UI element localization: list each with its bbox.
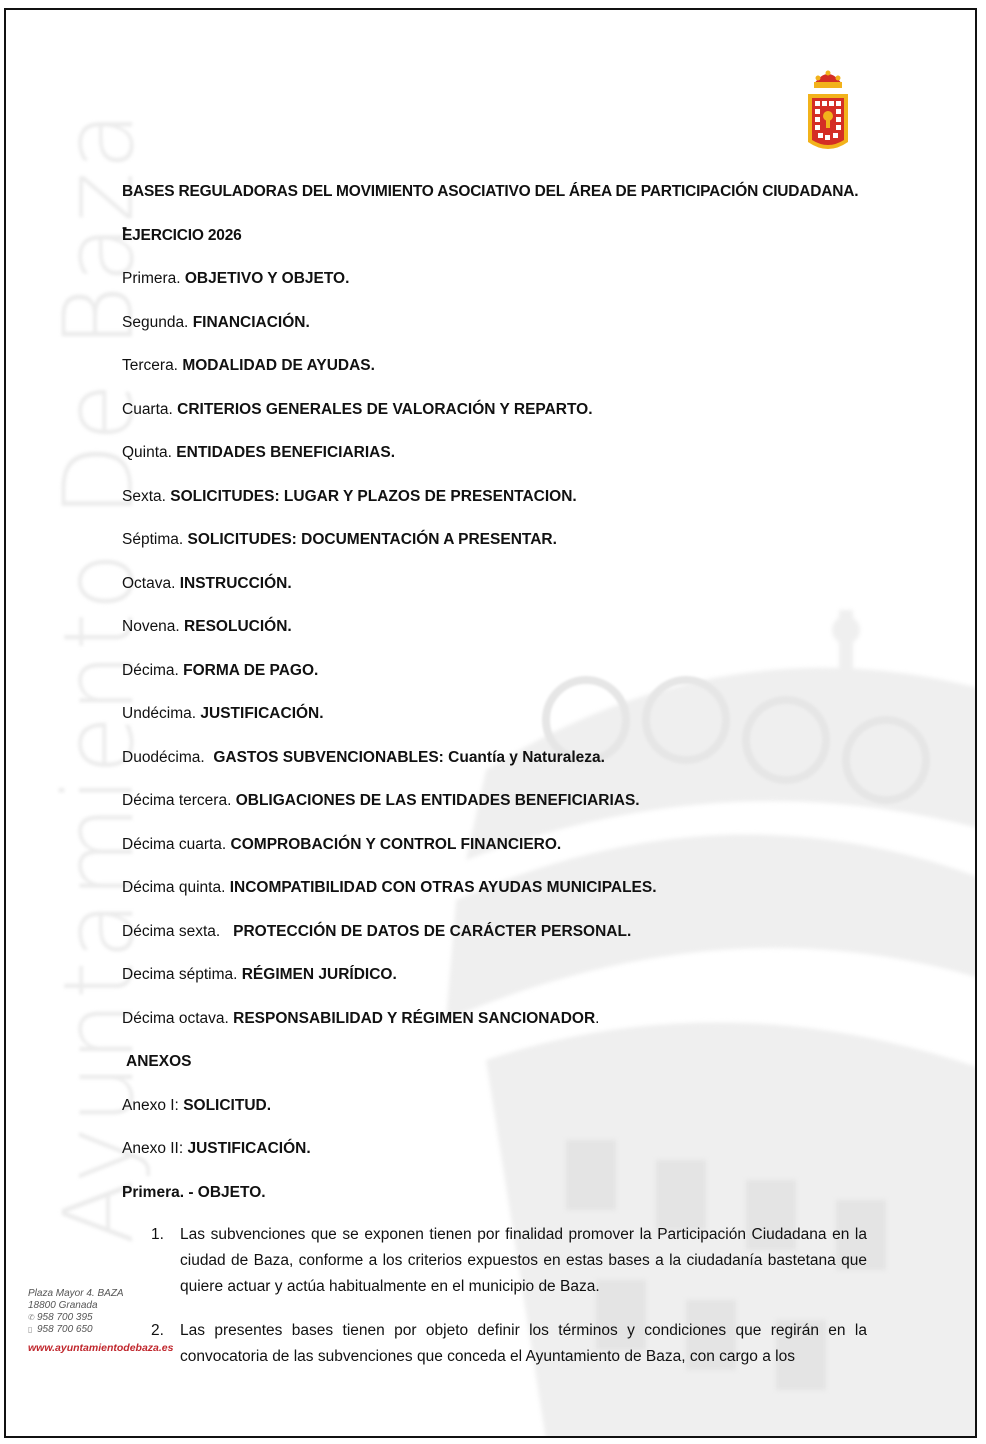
document-page: Ayuntamiento De Baza xyxy=(4,8,977,1438)
address-line1: Plaza Mayor 4. BAZA xyxy=(28,1288,173,1300)
item-value: COMPROBACIÓN Y CONTROL FINANCIERO. xyxy=(231,836,562,853)
item-label: Decima séptima. xyxy=(122,966,242,983)
numbered-paragraph: 2.Las presentes bases tienen por objeto … xyxy=(122,1318,867,1370)
section-heading: Primera. - OBJETO. xyxy=(122,1175,867,1218)
index-item: Décima sexta. PROTECCIÓN DE DATOS DE CAR… xyxy=(122,914,867,958)
website-link[interactable]: www.ayuntamientodebaza.es xyxy=(28,1342,173,1354)
item-value: OBLIGACIONES DE LAS ENTIDADES BENEFICIAR… xyxy=(236,792,640,809)
item-label: Quinta. xyxy=(122,444,176,461)
index-item: Cuarta. CRITERIOS GENERALES DE VALORACIÓ… xyxy=(122,392,867,436)
index-item: Tercera. MODALIDAD DE AYUDAS. xyxy=(122,348,867,392)
item-value: RÉGIMEN JURÍDICO. xyxy=(242,966,397,983)
item-label: Anexo II: xyxy=(122,1140,187,1157)
item-value: RESOLUCIÓN. xyxy=(184,618,292,635)
paragraph-number: 1. xyxy=(151,1222,164,1248)
index-item: Séptima. SOLICITUDES: DOCUMENTACIÓN A PR… xyxy=(122,522,867,566)
document-title-line2: EJERCICIO 2026 xyxy=(122,218,867,262)
item-value: RESPONSABILIDAD Y RÉGIMEN SANCIONADOR xyxy=(233,1010,595,1027)
item-label: Undécima. xyxy=(122,705,200,722)
index-item: Duodécima. GASTOS SUBVENCIONABLES: Cuant… xyxy=(122,740,867,784)
item-value: INCOMPATIBILIDAD CON OTRAS AYUDAS MUNICI… xyxy=(230,879,657,896)
item-value: SOLICITUDES: LUGAR Y PLAZOS DE PRESENTAC… xyxy=(170,488,576,505)
item-value: SOLICITUD. xyxy=(183,1097,271,1114)
document-title-line1: BASES REGULADORAS DEL MOVIMIENTO ASOCIAT… xyxy=(122,174,867,218)
document-content: BASES REGULADORAS DEL MOVIMIENTO ASOCIAT… xyxy=(122,174,867,1388)
item-label: Anexo I: xyxy=(122,1097,183,1114)
item-label: Cuarta. xyxy=(122,401,177,418)
item-value: ENTIDADES BENEFICIARIAS. xyxy=(176,444,395,461)
item-tail: . xyxy=(595,1010,599,1027)
index-item: Décima. FORMA DE PAGO. xyxy=(122,653,867,697)
numbered-paragraph: 1.Las subvenciones que se exponen tienen… xyxy=(122,1222,867,1300)
item-value: MODALIDAD DE AYUDAS. xyxy=(182,357,375,374)
index-item: Segunda. FINANCIACIÓN. xyxy=(122,305,867,349)
item-value: FINANCIACIÓN. xyxy=(193,314,310,331)
item-label: Octava. xyxy=(122,575,180,592)
item-value: JUSTIFICACIÓN. xyxy=(187,1140,310,1157)
index-item: Décima octava. RESPONSABILIDAD Y RÉGIMEN… xyxy=(122,1001,867,1045)
paragraph-text: Las presentes bases tienen por objeto de… xyxy=(180,1322,867,1365)
item-label: Décima sexta. xyxy=(122,923,233,940)
index-item: Undécima. JUSTIFICACIÓN. xyxy=(122,696,867,740)
item-value: SOLICITUDES: DOCUMENTACIÓN A PRESENTAR. xyxy=(187,531,556,548)
index-item: Octava. INSTRUCCIÓN. xyxy=(122,566,867,610)
item-label: Décima quinta. xyxy=(122,879,230,896)
fax-number: 958 700 650 xyxy=(37,1324,93,1335)
index-item: Primera. OBJETIVO Y OBJETO. xyxy=(122,261,867,305)
item-label: Tercera. xyxy=(122,357,182,374)
index-item: Quinta. ENTIDADES BENEFICIARIAS. xyxy=(122,435,867,479)
item-value: FORMA DE PAGO. xyxy=(183,662,318,679)
index-item: Décima tercera. OBLIGACIONES DE LAS ENTI… xyxy=(122,783,867,827)
item-label: Décima tercera. xyxy=(122,792,236,809)
item-value: OBJETIVO Y OBJETO. xyxy=(185,270,350,287)
index-item: Sexta. SOLICITUDES: LUGAR Y PLAZOS DE PR… xyxy=(122,479,867,523)
index-item: Decima séptima. RÉGIMEN JURÍDICO. xyxy=(122,957,867,1001)
anexo-item: Anexo II: JUSTIFICACIÓN. xyxy=(122,1131,867,1175)
fax-icon: ▯ xyxy=(28,1324,37,1336)
paragraph-list: 1.Las subvenciones que se exponen tienen… xyxy=(122,1222,867,1370)
footer-contact: Plaza Mayor 4. BAZA 18800 Granada ✆958 7… xyxy=(28,1288,173,1354)
index-item: Décima cuarta. COMPROBACIÓN Y CONTROL FI… xyxy=(122,827,867,871)
item-value: INSTRUCCIÓN. xyxy=(180,575,292,592)
item-value: GASTOS SUBVENCIONABLES: Cuantía y Natura… xyxy=(213,749,605,766)
phone-number: 958 700 395 xyxy=(37,1312,93,1323)
index-item: Novena. RESOLUCIÓN. xyxy=(122,609,867,653)
paragraph-text: Las subvenciones que se exponen tienen p… xyxy=(180,1226,867,1295)
anexo-item: Anexo I: SOLICITUD. xyxy=(122,1088,867,1132)
item-label: Décima octava. xyxy=(122,1010,233,1027)
item-value: CRITERIOS GENERALES DE VALORACIÓN Y REPA… xyxy=(177,401,592,418)
item-label: Sexta. xyxy=(122,488,170,505)
item-label: Duodécima. xyxy=(122,749,213,766)
index-item: Décima quinta. INCOMPATIBILIDAD CON OTRA… xyxy=(122,870,867,914)
anexos-heading: ANEXOS xyxy=(122,1044,867,1088)
item-label: Décima. xyxy=(122,662,183,679)
phone-icon: ✆ xyxy=(28,1312,37,1324)
item-label: Primera. xyxy=(122,270,185,287)
item-label: Décima cuarta. xyxy=(122,836,231,853)
item-label: Séptima. xyxy=(122,531,187,548)
baza-coat-of-arms-icon xyxy=(806,64,850,156)
address-line2: 18800 Granada xyxy=(28,1300,173,1312)
index-list: Primera. OBJETIVO Y OBJETO.Segunda. FINA… xyxy=(122,261,867,1044)
item-label: Novena. xyxy=(122,618,184,635)
item-label: Segunda. xyxy=(122,314,193,331)
anexos-list: Anexo I: SOLICITUD.Anexo II: JUSTIFICACI… xyxy=(122,1088,867,1175)
item-value: PROTECCIÓN DE DATOS DE CARÁCTER PERSONAL… xyxy=(233,923,631,940)
item-value: JUSTIFICACIÓN. xyxy=(200,705,323,722)
